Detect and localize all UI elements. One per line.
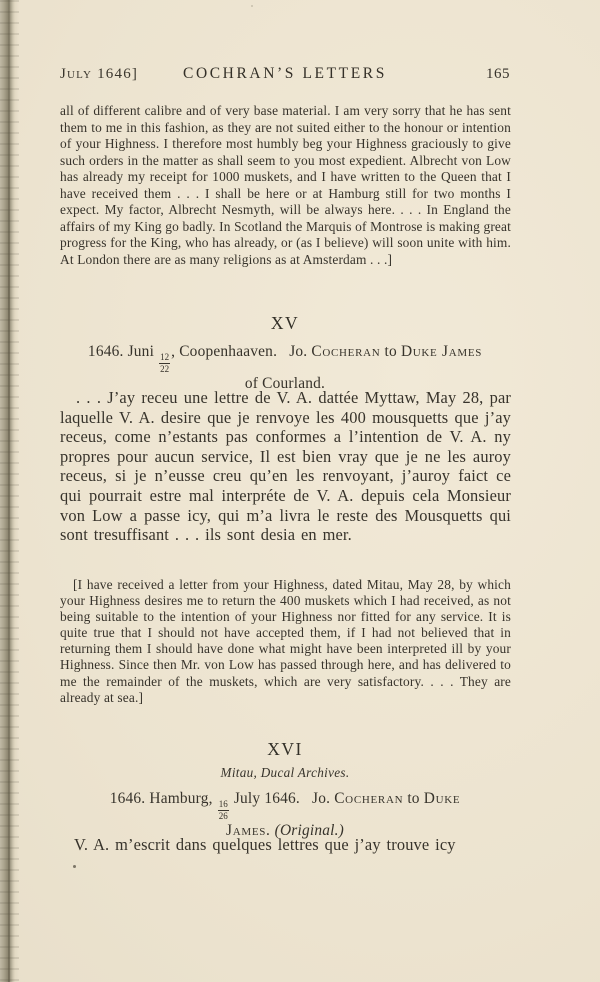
letter-xvi-archive-source: Mitau, Ducal Archives. [55,765,515,781]
letter-xv-connector: to [385,343,397,360]
letter-xiv-translation-end-paragraph: all of different calibre and of very bas… [60,103,511,268]
letter-xvi-date-rest: July 1646. [234,790,300,807]
date-fraction: 1626 [218,800,229,821]
book-binding-edge [0,0,19,982]
letter-xv-place: , Coopenhaaven. [171,343,277,360]
letter-xvi-connector: to [407,790,419,807]
letter-xvi-dateline: 1646. Hamburg, 1626 July 1646. Jo. Coche… [48,789,522,842]
letter-xvi-from: Jo. [312,790,330,807]
paper-speck [73,865,76,868]
letter-xvi-sender-name: Cocheran [334,790,403,807]
fraction-denominator: 22 [160,364,169,374]
letter-xvi-dateline-line1: 1646. Hamburg, 1626 July 1646. Jo. Coche… [48,789,522,821]
fraction-numerator: 12 [159,353,170,364]
date-fraction: 1222 [159,353,170,374]
letter-xv-dateline-line1: 1646. Juni 1222, Coopenhaaven. Jo. Coche… [48,342,522,374]
letter-xv-dateline: 1646. Juni 1222, Coopenhaaven. Jo. Coche… [48,342,522,394]
letter-xv-recipient-name: Duke James [401,343,482,360]
scanned-book-page: July 1646] COCHRAN’S LETTERS 165 all of … [0,0,600,982]
letter-xvi-date-prefix: 1646. Hamburg, [110,790,213,807]
header-date: July 1646] [60,66,138,83]
fraction-numerator: 16 [218,800,229,811]
header-title: COCHRAN’S LETTERS [183,65,387,83]
letter-xv-sender-name: Cocheran [311,343,380,360]
letter-xvi-opening-line: V. A. m’escrit dans quelques lettres que… [60,835,511,855]
running-header: July 1646] COCHRAN’S LETTERS 165 [60,65,510,83]
letter-xv-date-prefix: 1646. Juni [88,343,154,360]
header-page-number: 165 [486,66,510,83]
letter-xvi-recipient-name: Duke [424,790,461,807]
letter-xvi-heading: XVI [55,739,515,760]
letter-xv-translation-paragraph: [I have received a letter from your High… [60,577,511,706]
letter-xv-heading: XV [55,313,515,334]
letter-xv-french-paragraph: . . . J’ay receu une lettre de V. A. dat… [60,388,511,545]
letter-xv-from: Jo. [289,343,307,360]
paper-speck [251,5,253,7]
fraction-denominator: 26 [219,811,228,821]
